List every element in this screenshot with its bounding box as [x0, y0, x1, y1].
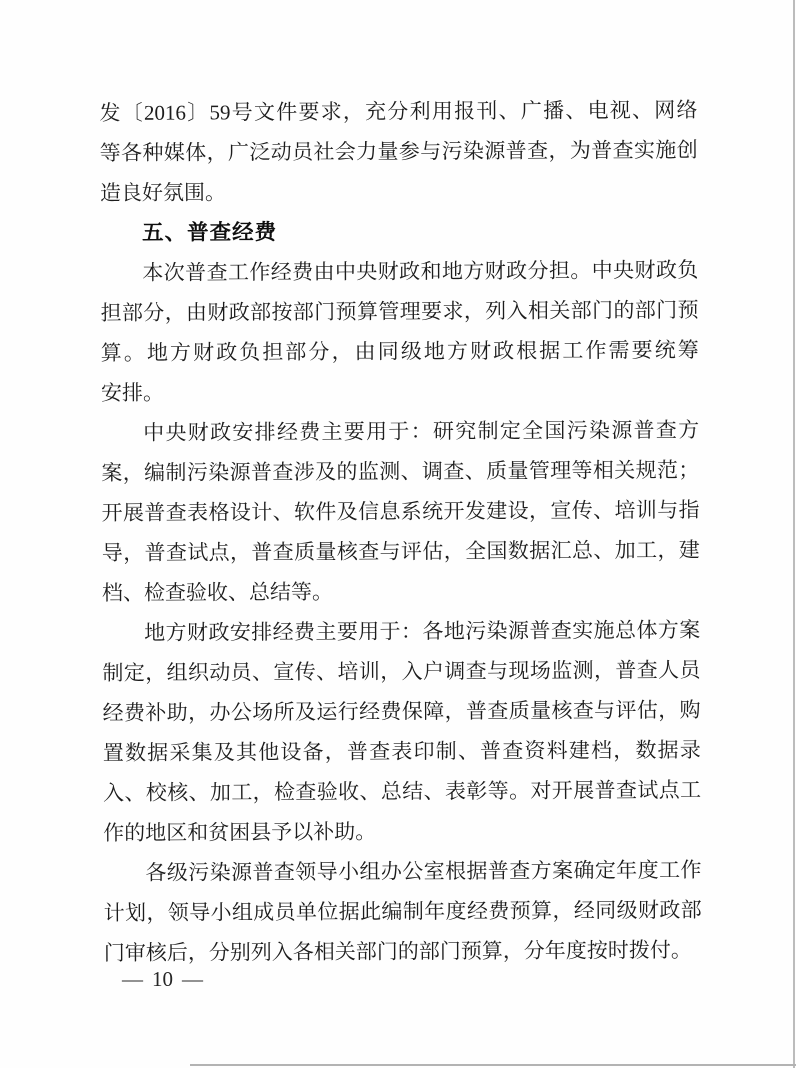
text-line: 档、检查验收、总结等。 — [102, 570, 700, 613]
text-line: 发〔2016〕59号文件要求，充分利用报刊、广播、电视、网络 — [99, 90, 697, 133]
text-line: 担部分，由财政部按部门预算管理要求，列入相关部门的部门预 — [100, 290, 698, 333]
text-line: 入、校核、加工，检查验收、总结、表彰等。对开展普查试点工 — [103, 770, 701, 813]
scan-edge-right-line — [793, 0, 795, 1068]
paragraph-local-fiscal: 地方财政安排经费主要用于：各地污染源普查实施总体方案制定，组织动员、宣传、培训，… — [102, 610, 701, 853]
text-line: 开展普查表格设计、软件及信息系统开发建设，宣传、培训与指 — [101, 490, 699, 533]
text-line: 制定，组织动员、宣传、培训，入户调查与现场监测，普查人员 — [102, 650, 700, 693]
paragraph-funding-split: 本次普查工作经费由中央财政和地方财政分担。中央财政负担部分，由财政部按部门预算管… — [100, 250, 699, 413]
paragraph-central-fiscal: 中央财政安排经费主要用于：研究制定全国污染源普查方案，编制污染源普查涉及的监测、… — [101, 410, 700, 613]
text-line: 算。地方财政负担部分，由同级地方财政根据工作需要统筹 — [101, 330, 699, 373]
page-number-dash-left: — — [122, 967, 143, 991]
page-number-value: 10 — [152, 967, 173, 991]
text-line: 中央财政安排经费主要用于：研究制定全国污染源普查方 — [101, 410, 699, 453]
page-number-dash-right: — — [182, 967, 203, 991]
text-line: 本次普查工作经费由中央财政和地方财政分担。中央财政负 — [100, 250, 698, 293]
page-number: —10— — [122, 967, 203, 992]
text-line: 造良好氛围。 — [100, 170, 698, 213]
body-text: 发〔2016〕59号文件要求，充分利用报刊、广播、电视、网络等各种媒体，广泛动员… — [99, 90, 702, 973]
text-line: 各级污染源普查领导小组办公室根据普查方案确定年度工作 — [103, 850, 701, 893]
text-line: 导，普查试点，普查质量核查与评估，全国数据汇总、加工，建 — [102, 530, 700, 573]
text-line: 地方财政安排经费主要用于：各地污染源普查实施总体方案 — [102, 610, 700, 653]
scanned-document-page: 发〔2016〕59号文件要求，充分利用报刊、广播、电视、网络等各种媒体，广泛动员… — [0, 0, 796, 1068]
scan-edge-bottom-line — [190, 1064, 796, 1066]
text-line: 等各种媒体，广泛动员社会力量参与污染源普查，为普查实施创 — [100, 130, 698, 173]
text-line: 置数据采集及其他设备，普查表印制、普查资料建档，数据录 — [103, 730, 701, 773]
text-line: 计划，领导小组成员单位据此编制年度经费预算，经同级财政部 — [104, 890, 702, 933]
text-line: 安排。 — [101, 370, 699, 413]
section-heading: 五、普查经费 — [142, 210, 698, 253]
paragraph-annual-budget: 各级污染源普查领导小组办公室根据普查方案确定年度工作计划，领导小组成员单位据此编… — [103, 850, 702, 973]
text-line: 案，编制污染源普查涉及的监测、调查、质量管理等相关规范； — [101, 450, 699, 493]
paragraph-continuation: 发〔2016〕59号文件要求，充分利用报刊、广播、电视、网络等各种媒体，广泛动员… — [99, 90, 698, 213]
text-line: 经费补助，办公场所及运行经费保障，普查质量核查与评估，购 — [103, 690, 701, 733]
text-line: 作的地区和贫困县予以补助。 — [103, 810, 701, 853]
